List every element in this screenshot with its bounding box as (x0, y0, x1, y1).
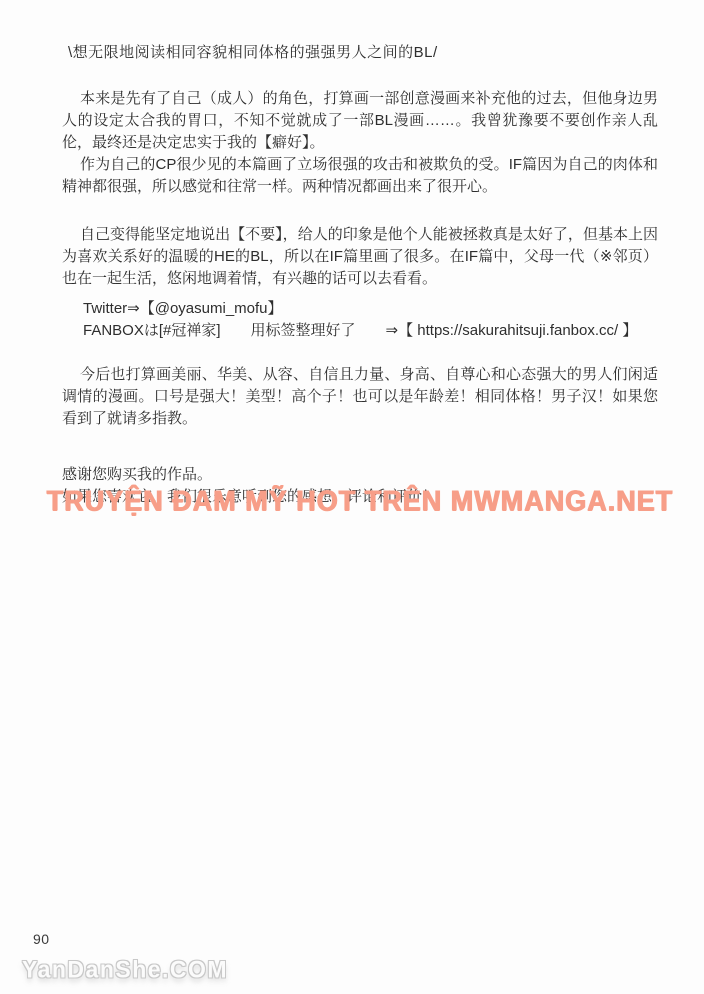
slogan-line: \想无限地阅读相同容貌相同体格的强强男人之间的BL/ (62, 42, 658, 64)
paragraph-origin-story: 本来是先有了自己（成人）的角色，打算画一部创意漫画来补充他的过去，但他身边男人的… (62, 88, 658, 154)
site-watermark-yandanshe: YanDanShe.COM (22, 955, 228, 983)
afterword-text-column: \想无限地阅读相同容貌相同体格的强强男人之间的BL/ 本来是先有了自己（成人）的… (62, 42, 658, 508)
site-watermark-mwmanga: TRUYỆN ĐAM MỸ HOT TRÊN MWMANGA.NET (0, 485, 704, 518)
twitter-handle-line: Twitter⇒【@oyasumi_mofu】 (62, 298, 658, 320)
page-number: 90 (33, 931, 50, 947)
manga-afterword-page: \想无限地阅读相同容貌相同体格的强强男人之间的BL/ 本来是先有了自己（成人）的… (0, 0, 704, 994)
thanks-line-purchase: 感谢您购买我的作品。 (62, 464, 658, 486)
paragraph-future-plans: 今后也打算画美丽、华美、从容、自信且力量、身高、自尊心和心态强大的男人们闲适调情… (62, 364, 658, 430)
fanbox-url-line: FANBOXは[#冠禅家] 用标签整理好了 ⇒【 https://sakurah… (62, 320, 658, 342)
paragraph-cp-main-story: 作为自己的CP很少见的本篇画了立场很强的攻击和被欺负的受。IF篇因为自己的肉体和… (62, 154, 658, 198)
paragraph-if-story: 自己变得能坚定地说出【不要】，给人的印象是他个人能被拯救真是太好了，但基本上因为… (62, 224, 658, 290)
